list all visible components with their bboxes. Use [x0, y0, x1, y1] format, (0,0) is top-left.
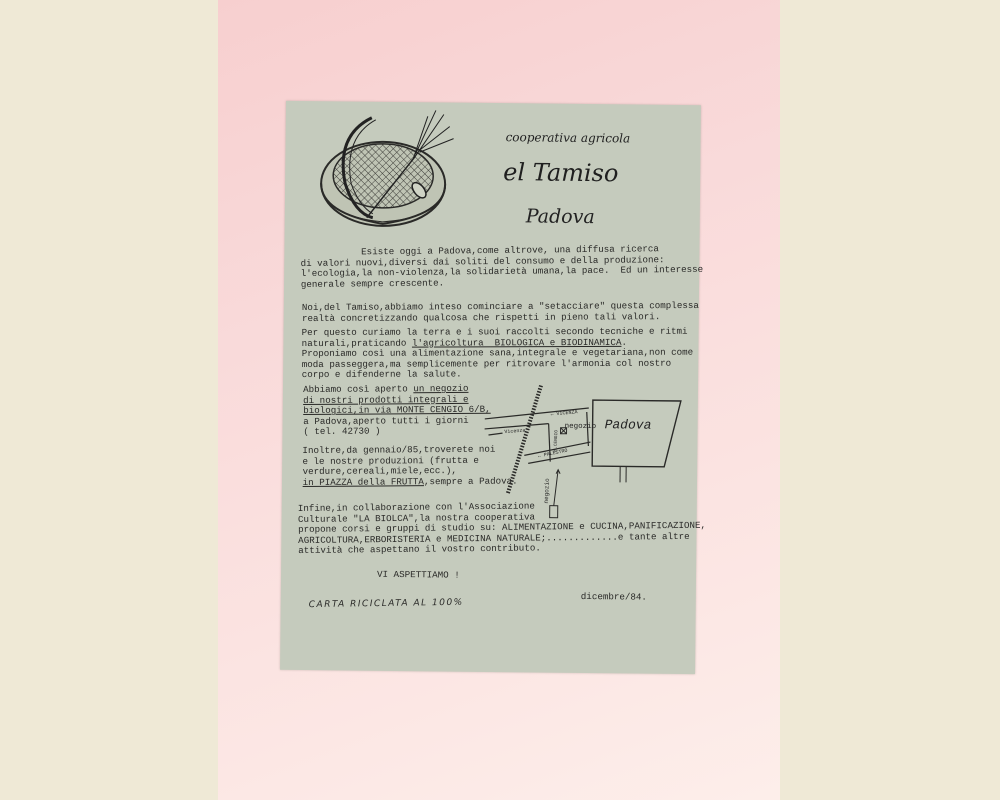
- p5-main: Inoltre,da gennaio/85,troverete noi e le…: [302, 444, 495, 478]
- sieve-logo-icon: [315, 105, 456, 234]
- paragraph-agricoltura: Per questo curiamo la terra e i suoi rac…: [302, 327, 694, 381]
- map-padova-label: Padova: [605, 417, 652, 432]
- paragraph-biolca: Infine,in collaborazione con l'Associazi…: [298, 500, 707, 557]
- closing-line: VI ASPETTIAMO !: [377, 570, 460, 581]
- p4-rest: a Padova,aperto tutti i giorni ( tel. 42…: [303, 415, 468, 438]
- paragraph-intro: Esiste oggi a Padova,come altrove, una d…: [300, 244, 703, 291]
- header-city: Padova: [526, 205, 595, 228]
- p3-rest: Proponiamo così una alimentazione sana,i…: [302, 347, 693, 381]
- p5-piazza-highlight: in PIAZZA della FRUTTA: [303, 476, 424, 488]
- map-shop-marker-label: negozio: [543, 478, 551, 504]
- p3-line2-post: .: [621, 336, 627, 347]
- header-subtitle: cooperativa agricola: [506, 130, 631, 145]
- paragraph-negozio: Abbiamo così aperto un negozio di nostri…: [303, 384, 491, 438]
- paragraph-setacciare: Noi,del Tamiso,abbiamo inteso cominciare…: [302, 301, 699, 324]
- map-road-vicenza-left: Vicenza: [504, 428, 525, 436]
- map-road-cengio: M.CENGIO: [552, 430, 559, 452]
- map-road-vicenza: ← VICENZA: [550, 409, 577, 418]
- recycled-paper-note: CARTA RICICLATA AL 100%: [309, 598, 464, 610]
- map-shop-label: negozio: [565, 423, 597, 431]
- document-date: dicembre/84.: [581, 592, 647, 603]
- header-title: el Tamiso: [503, 158, 618, 187]
- flyer-document: cooperativa agricola el Tamiso Padova Es…: [280, 101, 701, 674]
